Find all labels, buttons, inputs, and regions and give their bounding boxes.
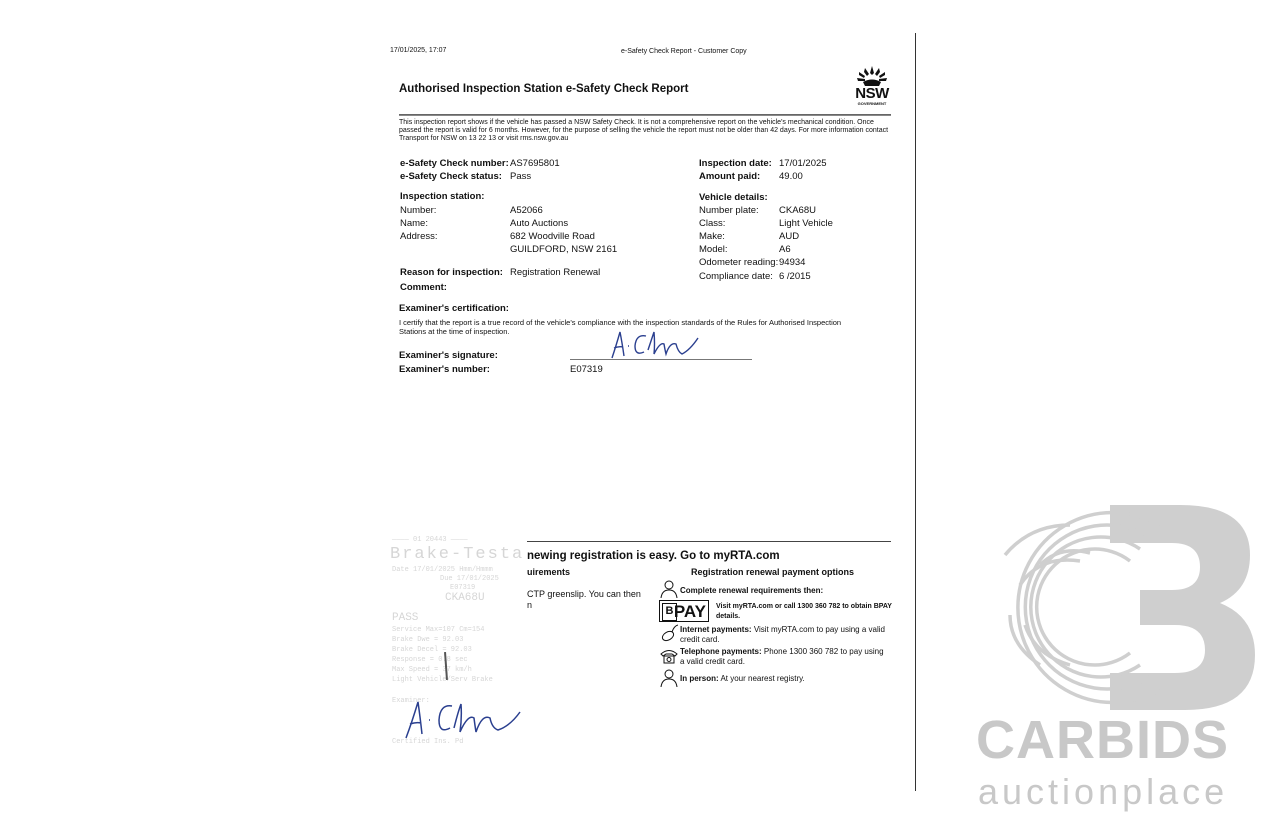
receipt-line: Brake Decel = 92.03 — [392, 646, 472, 654]
signature-label: Examiner's signature: — [399, 350, 498, 361]
station-name-label: Name: — [400, 218, 428, 229]
station-address-label: Address: — [400, 231, 438, 242]
payment-options-heading: Registration renewal payment options — [691, 567, 854, 577]
complete-requirements-text: Complete renewal requirements then: — [680, 586, 823, 595]
certification-heading: Examiner's certification: — [399, 303, 509, 314]
plate-label: Number plate: — [699, 205, 759, 216]
receipt-line: Due 17/01/2025 — [440, 575, 499, 583]
receipt-top: ———— 01 20443 ———— — [392, 536, 468, 544]
telephone-icon — [660, 648, 678, 664]
model-label: Model: — [699, 244, 728, 255]
model-value: A6 — [779, 244, 791, 255]
odometer-label: Odometer reading: — [699, 257, 778, 268]
receipt-line: Light Vehicle/Serv Brake — [392, 676, 493, 684]
mouse-icon — [660, 624, 678, 642]
station-number-value: A52066 — [510, 205, 543, 216]
check-status-value: Pass — [510, 171, 531, 182]
title-separator — [399, 114, 891, 116]
odometer-value: 94934 — [779, 257, 805, 268]
reason-value: Registration Renewal — [510, 267, 600, 278]
amount-paid-value: 49.00 — [779, 171, 803, 182]
renewal-separator — [527, 541, 891, 542]
receipt-line: Brake Dwe = 92.03 — [392, 636, 463, 644]
check-number-value: AS7695801 — [510, 158, 560, 169]
station-name-value: Auto Auctions — [510, 218, 568, 229]
print-datetime: 17/01/2025, 17:07 — [390, 47, 446, 54]
internet-payment: Internet payments: Visit myRTA.com to pa… — [680, 625, 890, 645]
compliance-label: Compliance date: — [699, 271, 773, 282]
station-number-label: Number: — [400, 205, 436, 216]
requirements-heading: uirements — [527, 567, 570, 577]
renewal-headline: newing registration is easy. Go to myRTA… — [527, 550, 780, 562]
receipt-brand: Brake-Testa — [390, 545, 524, 564]
check-status-label: e-Safety Check status: — [400, 171, 502, 182]
in-person-icon — [660, 669, 678, 687]
examiner-number-label: Examiner's number: — [399, 364, 490, 375]
amount-paid-label: Amount paid: — [699, 171, 760, 182]
report-title: Authorised Inspection Station e-Safety C… — [399, 83, 688, 95]
page-border — [915, 33, 916, 791]
in-person-payment: In person: At your nearest registry. — [680, 674, 805, 683]
class-label: Class: — [699, 218, 725, 229]
receipt-signature — [402, 698, 527, 740]
examiner-number-value: E07319 — [570, 364, 603, 375]
nsw-government-logo: NSW GOVERNMENT — [851, 65, 893, 111]
receipt-line: PASS — [392, 612, 418, 624]
receipt-line: CKA68U — [445, 592, 485, 604]
make-value: AUD — [779, 231, 799, 242]
receipt-line: Date 17/01/2025 Hmm/Hmmm — [392, 566, 493, 574]
intro-paragraph: This inspection report shows if the vehi… — [399, 119, 894, 143]
receipt-line: Max Speed = 37 km/h — [392, 666, 472, 674]
bpay-logo: B PAY — [659, 600, 709, 622]
receipt-line: E07319 — [450, 584, 475, 592]
vehicle-heading: Vehicle details: — [699, 192, 768, 203]
station-heading: Inspection station: — [400, 191, 484, 202]
plate-value: CKA68U — [779, 205, 816, 216]
cb-fingerprint-logo — [980, 505, 1255, 710]
watermark-tagline: auctionplace — [978, 772, 1228, 812]
bpay-text: Visit myRTA.com or call 1300 360 782 to … — [716, 602, 901, 622]
class-value: Light Vehicle — [779, 218, 833, 229]
receipt-line: Service Max=107 Cm=154 — [392, 626, 484, 634]
requirements-text-1: CTP greenslip. You can then — [527, 589, 641, 599]
telephone-payment: Telephone payments: Phone 1300 360 782 t… — [680, 647, 890, 667]
print-page-title: e-Safety Check Report - Customer Copy — [621, 48, 747, 55]
waratah-icon — [855, 65, 889, 87]
requirements-text-2: n — [527, 600, 532, 610]
reason-label: Reason for inspection: — [400, 267, 503, 278]
make-label: Make: — [699, 231, 725, 242]
watermark-brand: CARBIDS — [976, 712, 1229, 768]
check-number-label: e-Safety Check number: — [400, 158, 509, 169]
inspection-date-label: Inspection date: — [699, 158, 772, 169]
receipt-line: Response = 0.8 sec — [392, 656, 468, 664]
examiner-signature — [608, 328, 728, 360]
station-address-line2: GUILDFORD, NSW 2161 — [510, 244, 617, 255]
station-address-line1: 682 Woodville Road — [510, 231, 595, 242]
person-icon — [660, 580, 678, 598]
inspection-date-value: 17/01/2025 — [779, 158, 827, 169]
compliance-value: 6 /2015 — [779, 271, 811, 282]
comment-label: Comment: — [400, 282, 447, 293]
